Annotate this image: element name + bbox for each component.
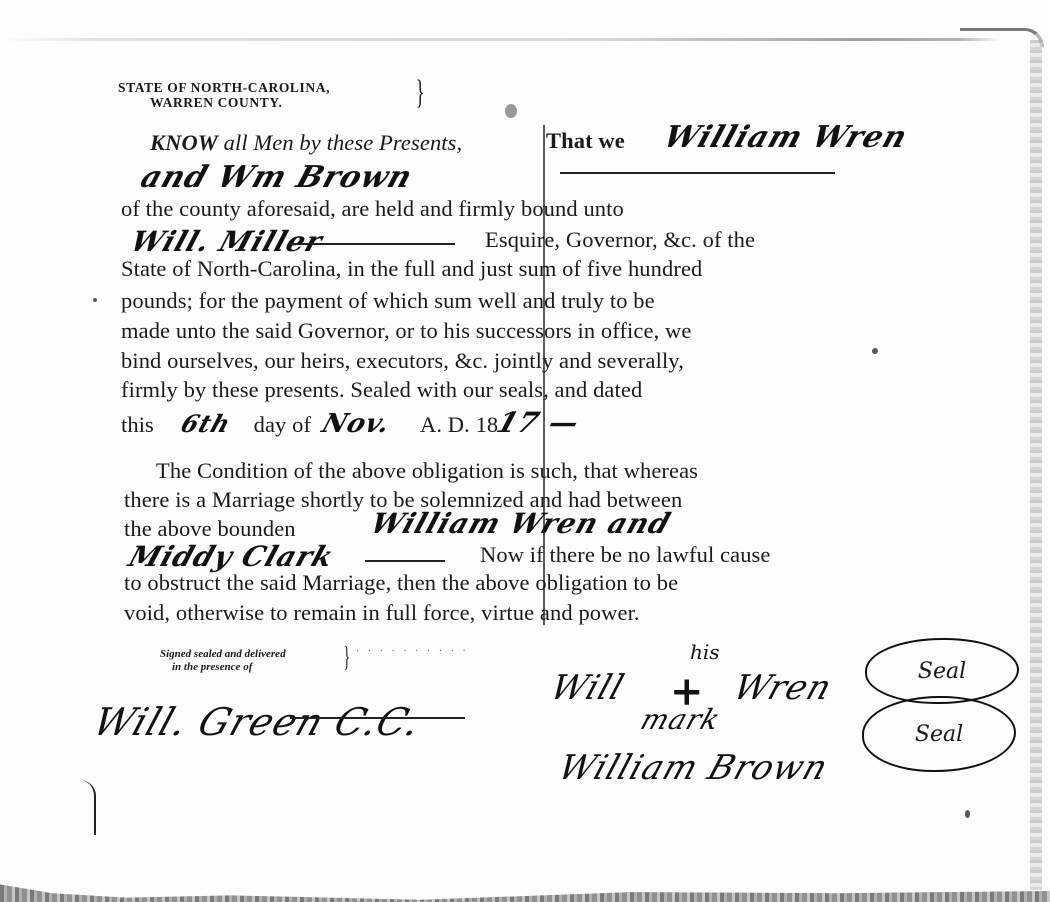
paper-top-edge — [0, 38, 1000, 41]
bond-line-7: made unto the said Governor, or to his s… — [121, 318, 691, 344]
condition-line-4: Now if there be no lawful cause — [480, 542, 771, 568]
know-word: KNOW — [150, 130, 218, 155]
heading-state: STATE OF NORTH-CAROLINA, — [118, 80, 330, 95]
sig1-his: his — [690, 640, 720, 664]
bond-date-line: this 6th day of Nov. A. D. 1817 — — [121, 406, 579, 439]
ink-spot — [872, 348, 878, 354]
sig1-first-name: Will — [552, 668, 623, 708]
attestation-line-2: in the presence of — [160, 661, 286, 674]
day-of: day of — [254, 412, 311, 437]
paper-right-edge — [1030, 40, 1042, 890]
bond-line-8: bind ourselves, our heirs, executors, &c… — [121, 348, 684, 374]
handwritten-day: 6th — [177, 409, 235, 438]
dotted-leader: · · · · · · · · · · — [356, 646, 469, 657]
bond-line-3: of the county aforesaid, are held and fi… — [121, 196, 624, 222]
bond-line-4: Esquire, Governor, &c. of the — [485, 227, 755, 253]
handwritten-groom: William Wren and — [372, 507, 670, 541]
ink-blot — [505, 104, 517, 118]
witness-signature: Will. Green C.C. — [95, 700, 420, 744]
bond-line-6: pounds; for the payment of which sum wel… — [121, 288, 655, 314]
handwritten-surety: and Wm Brown — [142, 160, 411, 195]
witness-flourish — [290, 717, 465, 719]
bride-rule — [365, 560, 445, 562]
blank-rule — [560, 172, 835, 174]
attestation-clause: Signed sealed and delivered in the prese… — [160, 648, 286, 674]
stray-ink-stroke — [80, 780, 96, 835]
sig1-mark-label: mark — [642, 703, 720, 736]
paper-bottom-edge — [0, 880, 1050, 902]
anno-domini: A. D. 18 — [420, 412, 498, 437]
handwritten-month: Nov. — [318, 409, 394, 439]
bond-line-5: State of North-Carolina, in the full and… — [121, 256, 702, 282]
sig2-name: William Brown — [560, 748, 827, 788]
seal-1: Seal — [865, 638, 1019, 704]
heading-brace: } — [416, 76, 425, 110]
governor-rule — [290, 243, 455, 245]
handwritten-year: 17 — — [493, 406, 584, 439]
bond-line-1: KNOW all Men by these Presents, — [150, 130, 462, 156]
attestation-brace: } — [343, 644, 350, 672]
handwritten-principal: William Wren — [665, 120, 906, 155]
bond-line-9: firmly by these presents. Sealed with ou… — [121, 377, 642, 403]
this-word: this — [121, 412, 154, 437]
sig1-last-name: Wren — [735, 668, 831, 708]
document-page: STATE OF NORTH-CAROLINA, WARREN COUNTY. … — [0, 0, 1050, 902]
know-phrase: all Men by these Presents, — [218, 130, 462, 155]
handwritten-governor: Will. Miller — [132, 225, 322, 259]
document-heading: STATE OF NORTH-CAROLINA, WARREN COUNTY. — [118, 80, 330, 110]
condition-line-1: The Condition of the above obligation is… — [156, 458, 698, 484]
condition-line-3: the above bounden — [124, 516, 296, 542]
condition-line-5: to obstruct the said Marriage, then the … — [124, 570, 678, 596]
condition-line-6: void, otherwise to remain in full force,… — [124, 600, 640, 626]
handwritten-bride: Middy Clark — [130, 540, 333, 574]
ink-spot — [965, 810, 970, 818]
attestation-line-1: Signed sealed and delivered — [160, 648, 286, 660]
seal-2: Seal — [862, 696, 1016, 772]
ink-spot — [93, 298, 97, 302]
heading-county: WARREN COUNTY. — [118, 95, 330, 110]
that-we: That we — [546, 128, 625, 154]
